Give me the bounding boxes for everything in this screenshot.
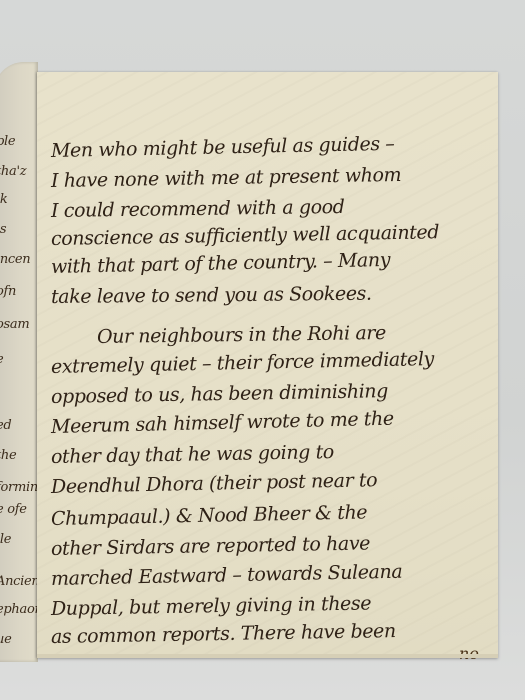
handwritten-line: Chumpaaul.) & Nood Bheer & the — [51, 501, 368, 530]
left-page-fragment: e ofe — [0, 502, 27, 517]
left-page-fragment: ephaor — [0, 602, 38, 617]
catchword: no — [459, 644, 479, 663]
handwritten-line: Deendhul Dhora (their post near to — [51, 469, 378, 498]
left-page-fragment: ed — [0, 418, 11, 433]
handwritten-line: conscience as sufficiently well acquaint… — [51, 221, 439, 250]
handwritten-line: Our neighbours in the Rohi are — [97, 322, 386, 348]
left-page-fragment: ofn — [0, 284, 16, 299]
left-page-fragment: the — [0, 448, 16, 463]
handwritten-line: opposed to us, has been diminishing — [51, 380, 388, 408]
handwritten-line: extremely quiet – their force immediatel… — [51, 348, 434, 378]
handwritten-line: other Sirdars are reported to have — [51, 532, 370, 560]
handwritten-line: other day that he was going to — [51, 441, 334, 468]
handwritten-line: take leave to send you as Sookees. — [51, 283, 372, 308]
handwritten-line: I could recommend with a good — [51, 196, 345, 222]
photo-scene: ple tha'z lk ls incen ofn osam e l ed th… — [0, 0, 525, 700]
left-page-fragment: ue — [0, 632, 11, 647]
left-page-fragment: incen — [0, 252, 30, 267]
left-page-fragment: lk — [0, 192, 7, 207]
handwritten-line: I have none with me at present whom — [51, 164, 402, 192]
left-page-fragment: osam — [0, 317, 29, 332]
left-page-fragment: ls — [0, 222, 6, 237]
left-page-fragment: lle — [0, 532, 11, 547]
handwritten-line: Meerum sah himself wrote to me the — [51, 408, 394, 438]
left-page-fragment: tha'z — [0, 164, 26, 179]
left-page-fragment: ple — [0, 134, 15, 149]
handwritten-line: Men who might be useful as guides – — [51, 133, 395, 162]
left-page-fragment: forming — [0, 480, 38, 495]
handwritten-line: marched Eastward – towards Suleana — [51, 561, 403, 590]
previous-page-edge: ple tha'z lk ls incen ofn osam e l ed th… — [0, 62, 38, 662]
handwritten-line: Duppal, but merely giving in these — [51, 592, 371, 620]
letter-page: Men who might be useful as guides – I ha… — [37, 72, 498, 658]
handwritten-line: as common reports. There have been — [51, 620, 396, 648]
left-page-fragment: e — [0, 352, 3, 367]
left-page-fragment: Ancient, — [0, 574, 38, 589]
handwritten-line: with that part of the country. – Many — [51, 249, 390, 278]
